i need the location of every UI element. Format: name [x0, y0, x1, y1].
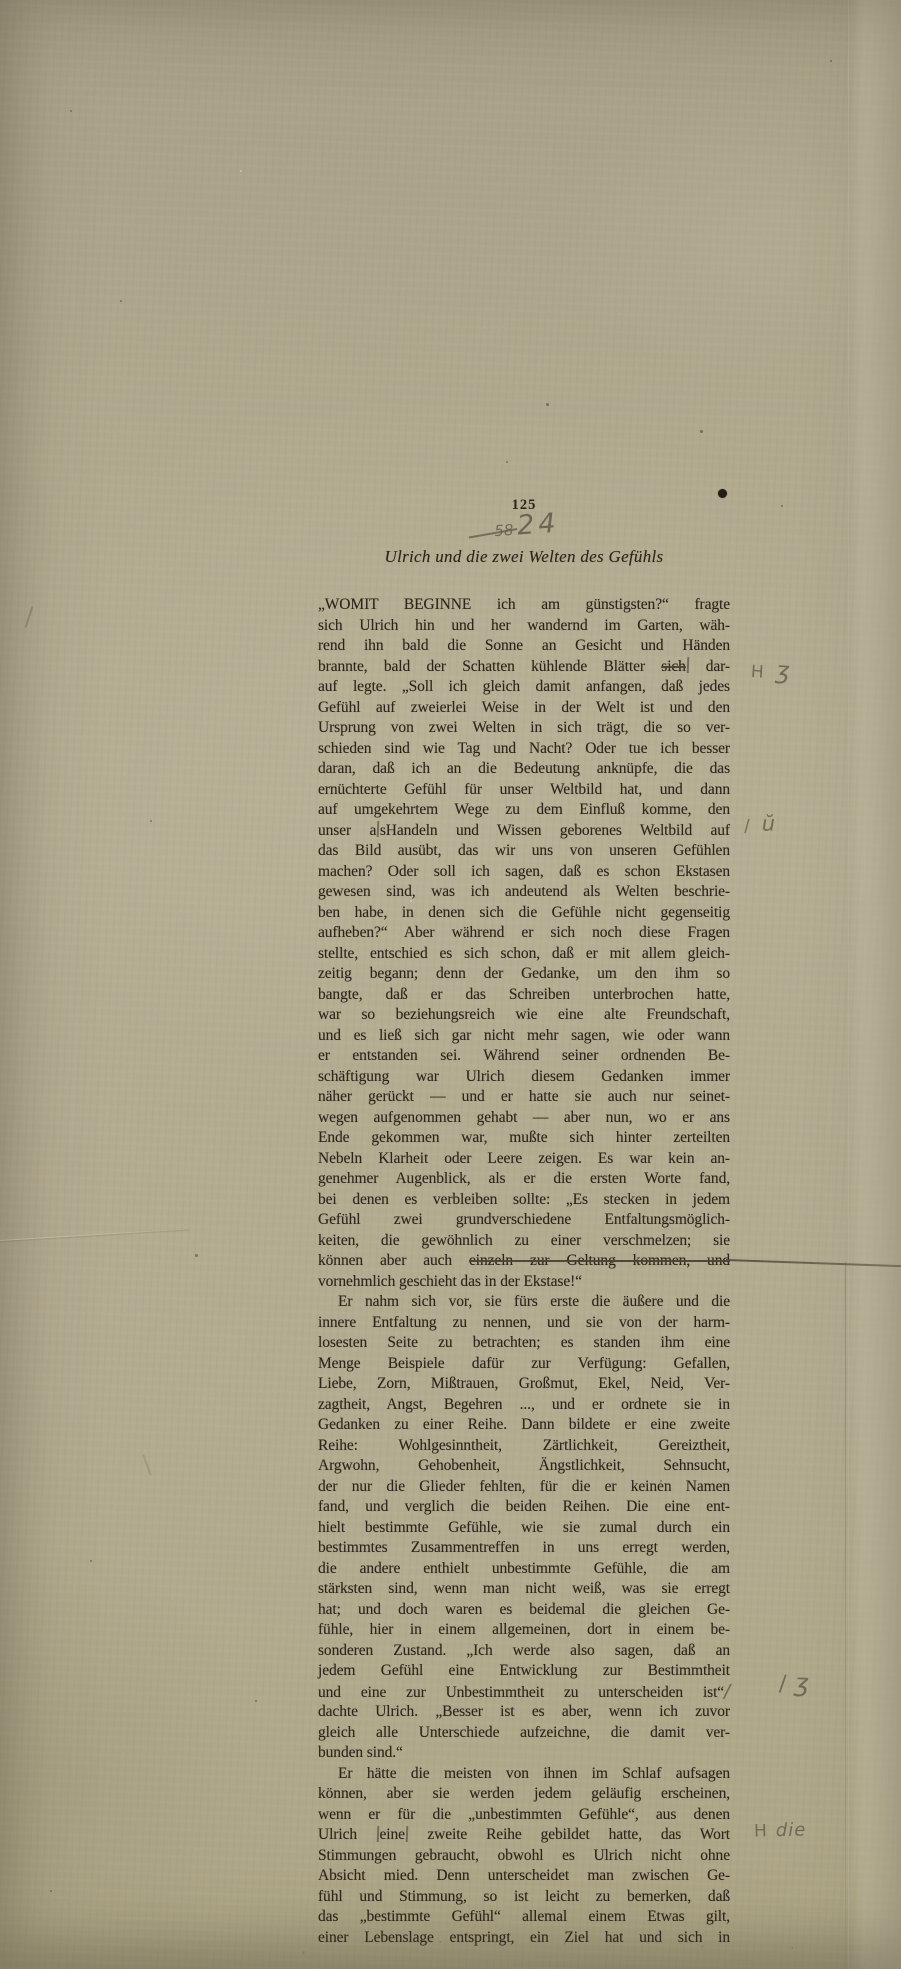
text-line: dachte Ulrich. „Besser ist es aber, wenn…: [318, 1702, 730, 1723]
text-line: unser asHandeln und Wissen geborenes Wel…: [318, 821, 730, 842]
text-line: Ulrich eine zweite Reihe gebildet hatte,…: [318, 1825, 730, 1846]
text-line: bangte, daß er das Schreiben unterbroche…: [318, 985, 730, 1006]
text-line: daran, daß ich an die Bedeutung anknüpfe…: [318, 759, 730, 780]
pencil-caret-mark: [377, 821, 379, 837]
ink-dot: [718, 489, 727, 498]
bottom-smudge: ·: [438, 1936, 442, 1951]
margin-note-die: Hdie: [754, 1820, 807, 1842]
text-line: gleich alle Unterschiede aufzeichne, die…: [318, 1723, 730, 1744]
paper-crease: [0, 1228, 190, 1241]
text-line: das „bestimmte Gefühl“ allemal einem Etw…: [318, 1907, 730, 1928]
struck-text: einzeln zur Geltung kommen, und: [469, 1252, 730, 1269]
bottom-smudge: ¸: [700, 1934, 707, 1949]
struck-text: sich: [661, 658, 686, 675]
text-line: „WOMIT BEGINNE ich am günstigsten?“ frag…: [318, 595, 730, 616]
text-line: war so beziehungsreich wie eine alte Fre…: [318, 1005, 730, 1026]
text-line: innere Entfaltung zu nennen, und sie von…: [318, 1313, 730, 1334]
text-line: Gedanken zu einer Reihe. Dann bildete er…: [318, 1415, 730, 1436]
text-line: Ursprung von zwei Welten in sich trägt, …: [318, 718, 730, 739]
deleatur-mark-icon: ʒ: [775, 656, 790, 685]
page-edge-strip: [848, 0, 901, 1969]
text-line: stärksten sind, wenn man nicht weiß, was…: [318, 1579, 730, 1600]
text-line: fühl und Stimmung, so ist leicht zu beme…: [318, 1887, 730, 1908]
bottom-smudge: ,: [302, 1942, 306, 1957]
text-line: hat; und doch waren es beidemal die glei…: [318, 1600, 730, 1621]
proof-mark-icon: /: [779, 1671, 789, 1696]
text-line: auf legte. „Soll ich gleich damit anfang…: [318, 677, 730, 698]
text-line: zeitig begann; denn der Gedanke, um den …: [318, 964, 730, 985]
pencil-caret-mark: [406, 1825, 408, 1841]
text-line: ernüchterte Gefühl für unser Weltbild ha…: [318, 780, 730, 801]
text-line: fühle, hier in einem allgemeinen, dort i…: [318, 1620, 730, 1641]
proof-mark-icon: /: [744, 816, 752, 836]
text-line: er entstanden sei. Während seiner ordnen…: [318, 1046, 730, 1067]
text-line: Argwohn, Gehobenheit, Ängstlichkeit, Seh…: [318, 1456, 730, 1477]
text-line: wegen aufgenommen gehabt — aber nun, wo …: [318, 1108, 730, 1129]
text-line: brannte, bald der Schatten kühlende Blät…: [318, 657, 730, 678]
text-line: können aber auch einzeln zur Geltung kom…: [318, 1251, 730, 1272]
text-line: das Bild ausübt, das wir uns von unseren…: [318, 841, 730, 862]
text-line: gewesen sind, was ich andeutend als Welt…: [318, 882, 730, 903]
text-line: und es ließ sich gar nicht mehr sagen, w…: [318, 1026, 730, 1047]
pencil-mark: /: [724, 1681, 730, 1702]
handwritten-number-struck: 58: [494, 521, 514, 540]
text-line: Ende gekommen war, mußte sich hinter zer…: [318, 1128, 730, 1149]
text-line: schieden sind wie Tag und Nacht? Oder tu…: [318, 739, 730, 760]
text-line: Liebe, Zorn, Mißtrauen, Großmut, Ekel, N…: [318, 1374, 730, 1395]
correction-word: die: [776, 1820, 807, 1842]
body-text: „WOMIT BEGINNE ich am günstigsten?“ frag…: [318, 595, 730, 1948]
pencil-scratch: [142, 1454, 151, 1475]
text-line: die andere enthielt unbestimmte Gefühle,…: [318, 1559, 730, 1580]
bottom-smudge: ʻ: [562, 1940, 566, 1955]
text-line: machen? Oder soll ich sagen, daß es scho…: [318, 862, 730, 883]
text-line: bei denen es verbleiben sollte: „Es stec…: [318, 1190, 730, 1211]
scanned-book-page: 125 5824 Ulrich und die zwei Welten des …: [0, 0, 901, 1969]
text-line: jedem Gefühl eine Entwicklung zur Bestim…: [318, 1661, 730, 1682]
proof-mark-icon: H: [754, 1821, 769, 1841]
text-line: bunden sind.“: [318, 1743, 730, 1764]
proof-mark-icon: H: [750, 662, 766, 683]
text-line: stellte, entschied es sich schon, daß er…: [318, 944, 730, 965]
pencil-caret-mark: [687, 657, 689, 673]
text-line: zagtheit, Angst, Begehren ..., und er or…: [318, 1395, 730, 1416]
margin-note-deleatur: Hʒ: [750, 655, 790, 685]
pencil-scratch: [25, 606, 33, 627]
chapter-title: Ulrich und die zwei Welten des Gefühls: [318, 547, 730, 567]
margin-note-deleatur: /ʒ: [779, 1667, 810, 1697]
margin-note-insert-u: /ŭ: [744, 811, 776, 836]
text-line: Absicht mied. Denn unterscheidet man zwi…: [318, 1866, 730, 1887]
insertion-letter: ŭ: [761, 811, 775, 835]
text-line: Stimmungen gebraucht, obwohl es Ulrich n…: [318, 1846, 730, 1867]
text-line: auf umgekehrtem Wege zu dem Einfluß komm…: [318, 800, 730, 821]
text-line: sonderen Zustand. „Ich werde also sagen,…: [318, 1641, 730, 1662]
text-line: vornehmlich geschieht das in der Ekstase…: [318, 1272, 730, 1293]
deleatur-mark-icon: ʒ: [794, 1668, 809, 1697]
text-line: Reihe: Wohlgesinntheit, Zärtlichkeit, Ge…: [318, 1436, 730, 1457]
handwritten-number: 24: [516, 508, 560, 542]
text-line: rend ihn bald die Sonne an Gesicht und H…: [318, 636, 730, 657]
bottom-smudge: ·: [790, 1942, 794, 1957]
text-line: Menge Beispiele dafür zur Verfügung: Gef…: [318, 1354, 730, 1375]
text-line: Er hätte die meisten von ihnen im Schlaf…: [318, 1764, 730, 1785]
text-line: können, aber sie werden jedem geläufig e…: [318, 1784, 730, 1805]
text-line: genehmer Augenblick, als er die ersten W…: [318, 1169, 730, 1190]
text-line: sich Ulrich hin und her wandernd im Gart…: [318, 616, 730, 637]
text-line: und eine zur Unbestimmtheit zu untersche…: [318, 1682, 730, 1703]
text-line: näher gerückt — und er hatte sie auch nu…: [318, 1087, 730, 1108]
text-line: losesten Seite zu betrachten; es standen…: [318, 1333, 730, 1354]
text-line: hielt bestimmte Gefühle, wie sie zumal d…: [318, 1518, 730, 1539]
text-line: Gefühl zwei grundverschiedene Entfaltung…: [318, 1210, 730, 1231]
text-line: Er nahm sich vor, sie fürs erste die äuß…: [318, 1292, 730, 1313]
text-line: keiten, die gewöhnlich zu einer verschme…: [318, 1231, 730, 1252]
text-line: bestimmtes Zusammentreffen in uns erregt…: [318, 1538, 730, 1559]
text-line: schäftigung war Ulrich diesem Gedanken i…: [318, 1067, 730, 1088]
text-line: der nur die Glieder fehlten, für die er …: [318, 1477, 730, 1498]
text-line: Nebeln Klarheit oder Leere zeigen. Es wa…: [318, 1149, 730, 1170]
text-line: ben habe, in denen sich die Gefühle nich…: [318, 903, 730, 924]
text-line: einer Lebenslage entspringt, ein Ziel ha…: [318, 1928, 730, 1949]
paper-crease: [845, 1262, 846, 1969]
text-line: Gefühl auf zweierlei Weise in der Welt i…: [318, 698, 730, 719]
text-line: aufheben?“ Aber während er sich noch die…: [318, 923, 730, 944]
pencil-caret-mark: [377, 1825, 379, 1841]
text-line: fand, und verglich die beiden Reihen. Di…: [318, 1497, 730, 1518]
text-line: wenn er für die „unbestimmten Gefühle“, …: [318, 1805, 730, 1826]
